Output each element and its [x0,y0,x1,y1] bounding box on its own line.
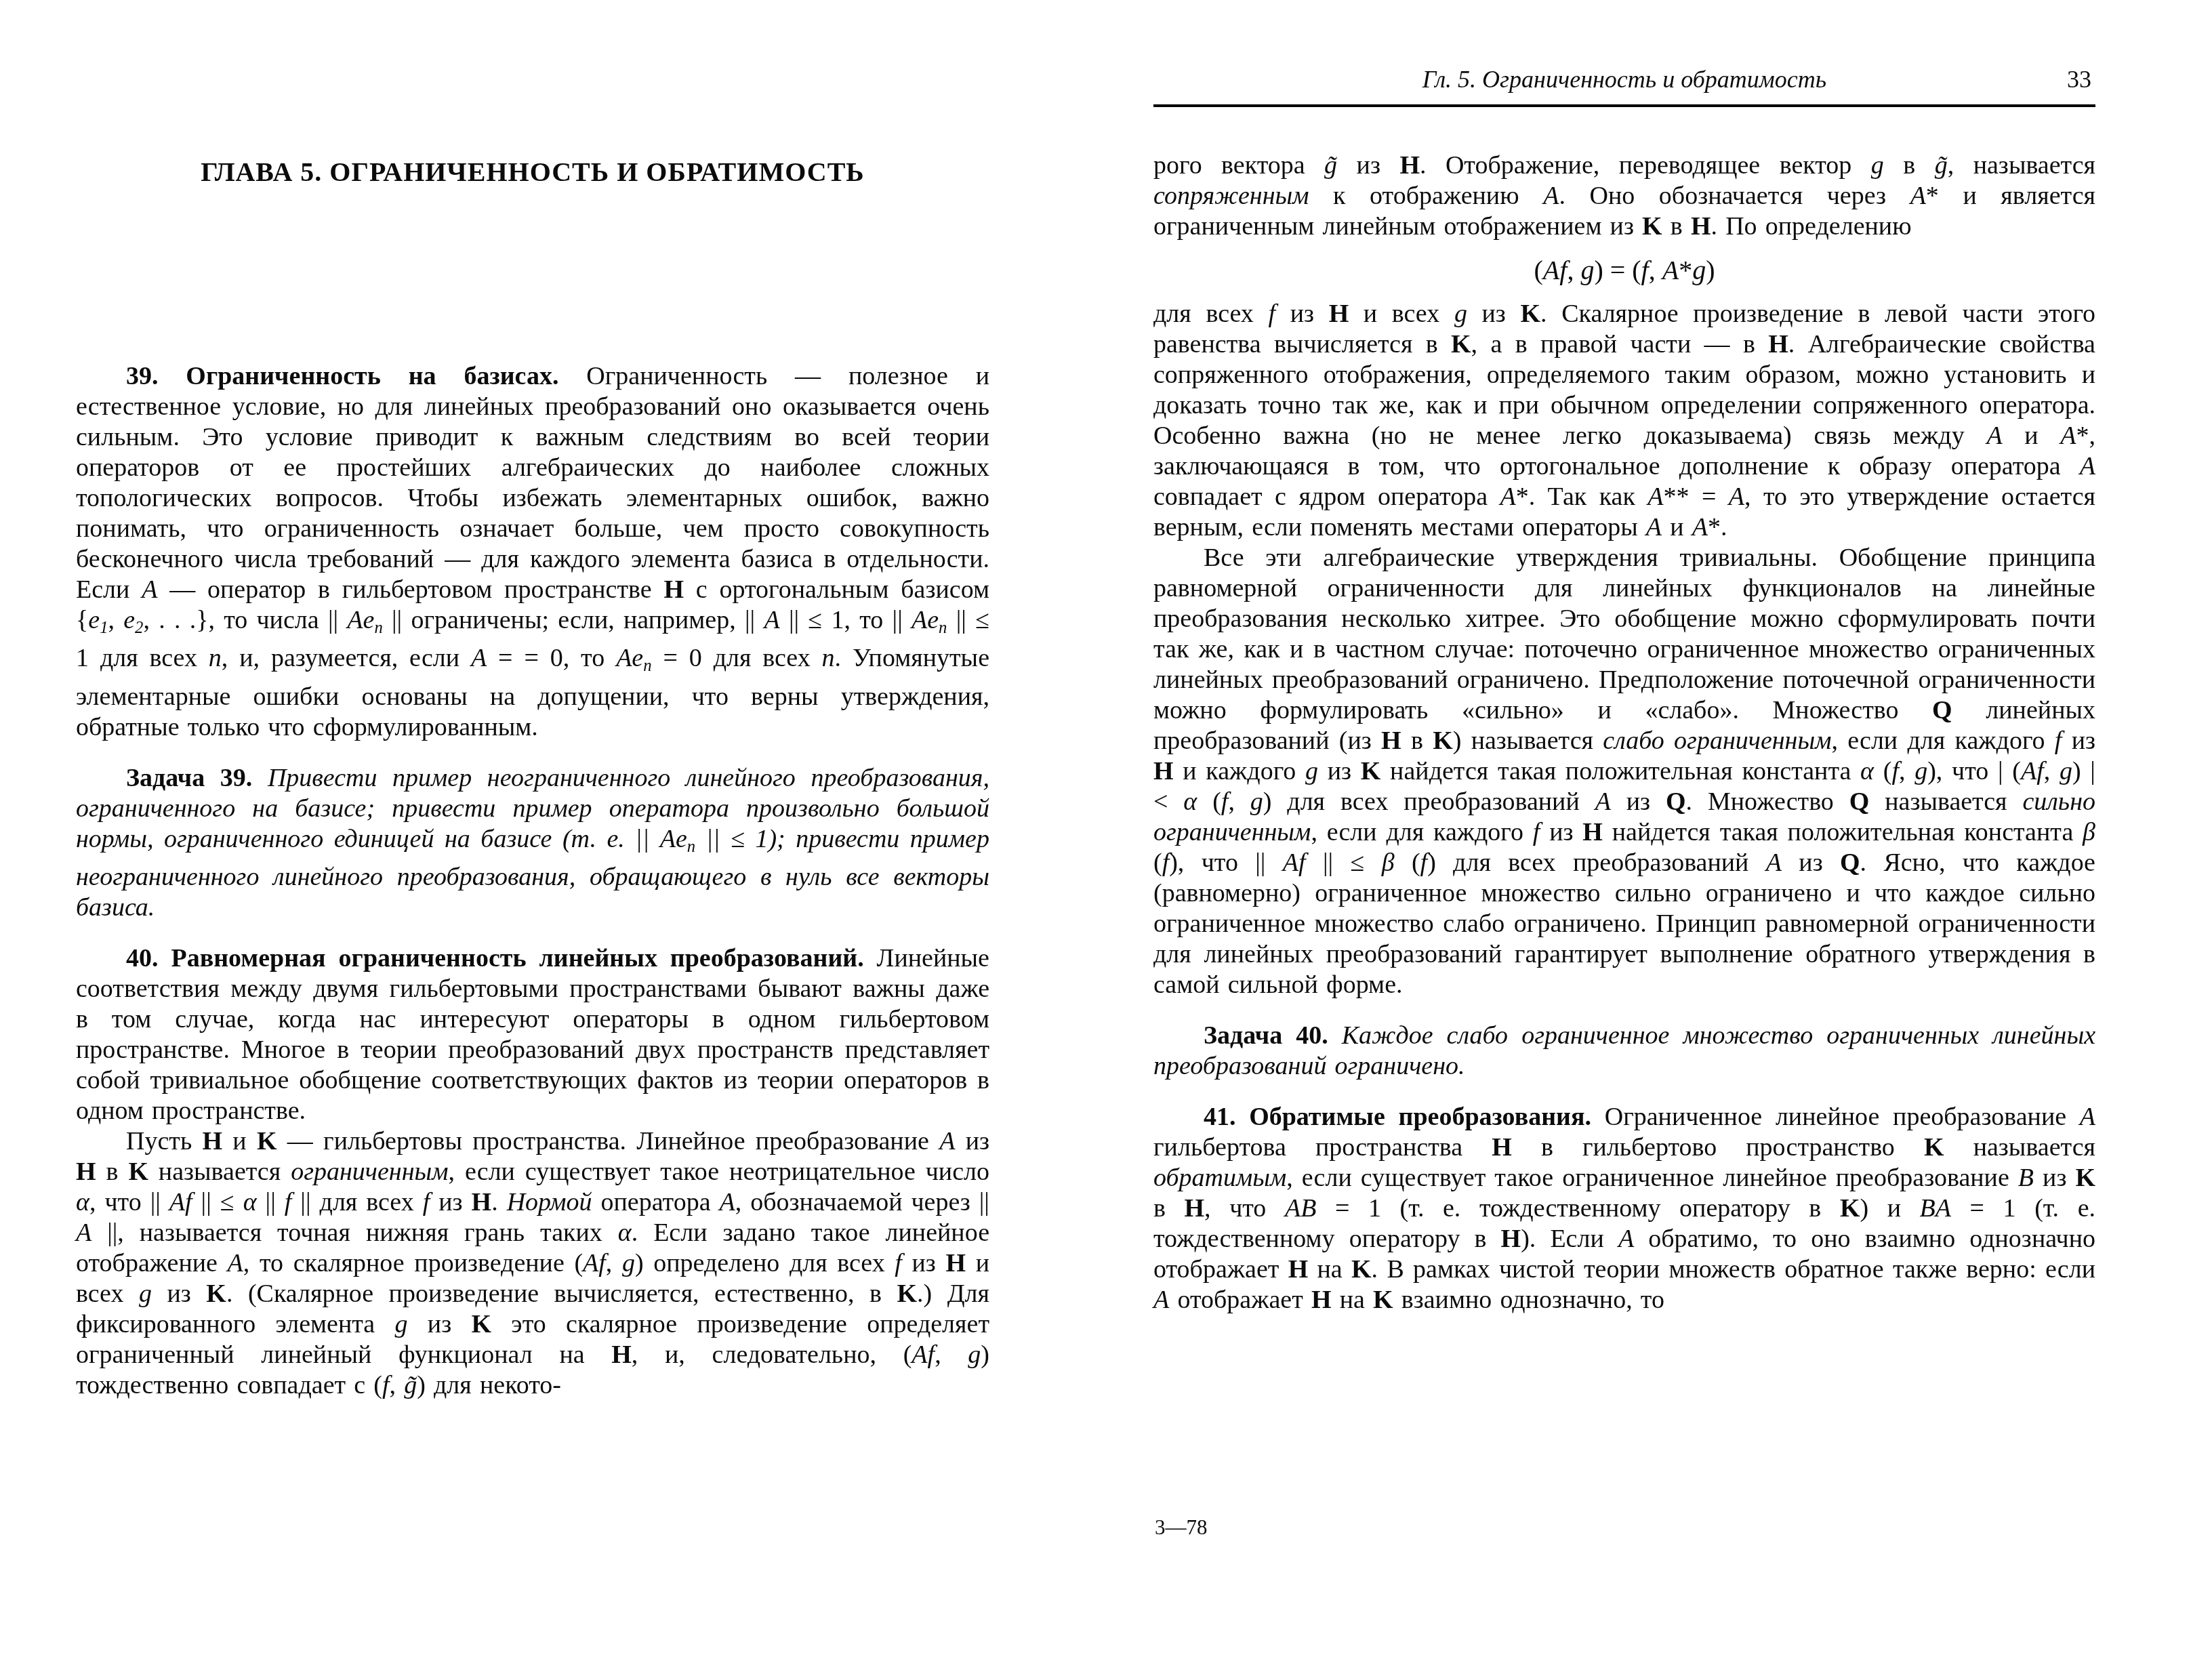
paragraph-40-hilbert-spaces: Пусть H и K — гильбертовы пространства. … [76,1126,989,1401]
paragraph-uniform-boundedness-principle: Все эти алгебраические утверждения триви… [1153,543,2095,1000]
page-number: 33 [2067,65,2091,94]
right-page: Гл. 5. Ограниченность и обратимость 33 р… [1153,65,2095,1315]
header-rule [1153,104,2095,107]
paragraph-41-invertible-transformations: 41. Обратимые преобразования. Ограниченн… [1153,1102,2095,1315]
task-39: Задача 39. Привести пример неограниченно… [76,763,989,923]
continuation-paragraph-adjoint: рого вектора g̃ из H. Отображение, перев… [1153,150,2095,242]
paragraph-39-boundedness-on-bases: 39. Ограниченность на базисах. Ограничен… [76,361,989,743]
book-spread: ГЛАВА 5. ОГРАНИЧЕННОСТЬ И ОБРАТИМОСТЬ 39… [0,0,2212,1678]
task-40: Задача 40. Каждое слабо ограниченное мно… [1153,1021,2095,1082]
chapter-title: ГЛАВА 5. ОГРАНИЧЕННОСТЬ И ОБРАТИМОСТЬ [76,156,989,188]
running-header: Гл. 5. Ограниченность и обратимость 33 [1153,65,2095,99]
formula-adjoint-identity: (Af, g) = (f, A*g) [1153,254,2095,287]
print-signature: 3—78 [1155,1515,1208,1540]
left-page: ГЛАВА 5. ОГРАНИЧЕННОСТЬ И ОБРАТИМОСТЬ 39… [76,156,989,1401]
paragraph-40-uniform-boundedness-heading: 40. Равномерная ограниченность линейных … [76,943,989,1126]
running-header-title: Гл. 5. Ограниченность и обратимость [1153,65,2095,94]
paragraph-adjoint-properties: для всех f из H и всех g из K. Скалярное… [1153,299,2095,543]
